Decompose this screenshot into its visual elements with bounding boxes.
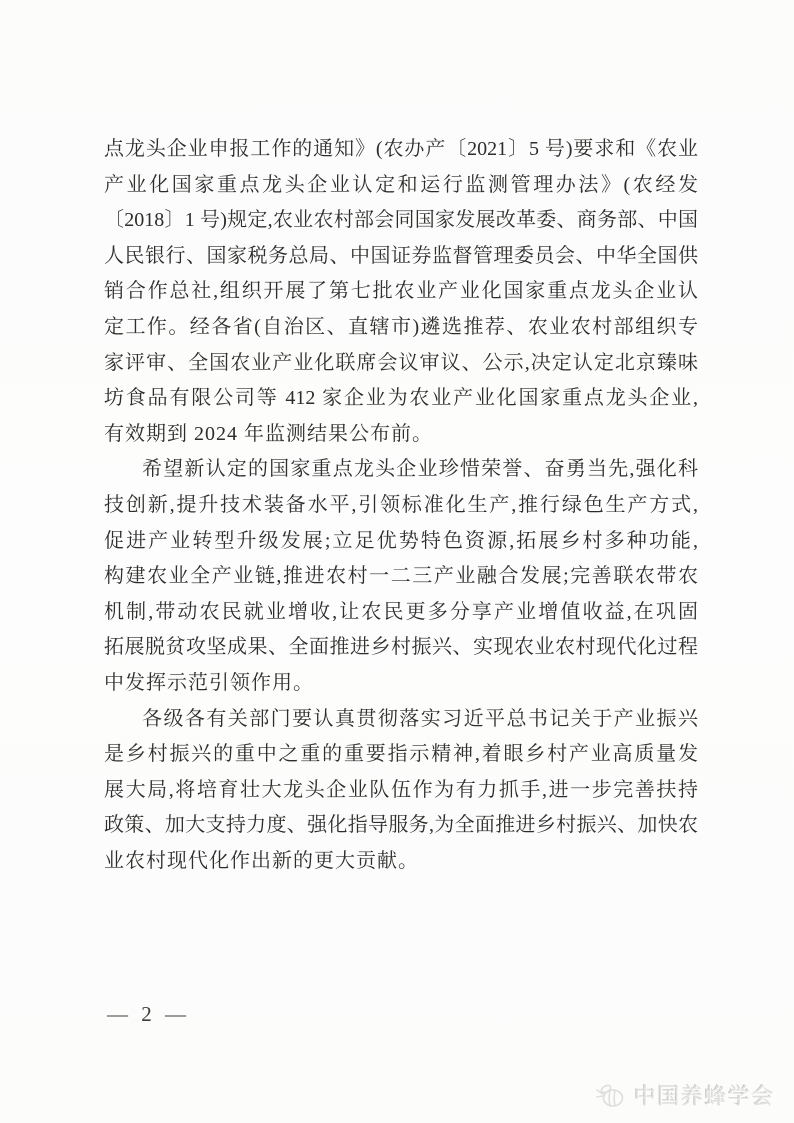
text-line: 定工作。经各省(自治区、直辖市)遴选推荐、农业农村部组织专 [104, 310, 698, 346]
watermark-label: 中国养蜂学会 [634, 1080, 775, 1111]
text-line: 点龙头企业申报工作的通知》(农办产〔2021〕5 号)要求和《农业 [104, 132, 698, 168]
page-number: — 2 — [107, 1002, 188, 1027]
bee-icon [594, 1082, 628, 1110]
text-line: 技创新,提升技术装备水平,引领标准化生产,推行绿色生产方式, [104, 488, 698, 524]
text-line: 展大局,将培育壮大龙头企业队伍作为有力抓手,进一步完善扶持 [104, 773, 698, 809]
text-line: 机制,带动农民就业增收,让农民更多分享产业增值收益,在巩固 [104, 595, 698, 631]
text-line: 有效期到 2024 年监测结果公布前。 [104, 417, 698, 453]
text-line: 希望新认定的国家重点龙头企业珍惜荣誉、奋勇当先,强化科 [104, 452, 698, 488]
text-line: 业农村现代化作出新的更大贡献。 [104, 844, 698, 880]
text-line: 是乡村振兴的重中之重的重要指示精神,着眼乡村产业高质量发 [104, 737, 698, 773]
watermark: 中国养蜂学会 [594, 1080, 775, 1111]
text-line: 政策、加大支持力度、强化指导服务,为全面推进乡村振兴、加快农 [104, 808, 698, 844]
text-line: 家评审、全国农业产业化联席会议审议、公示,决定认定北京臻味 [104, 346, 698, 382]
document-body: 点龙头企业申报工作的通知》(农办产〔2021〕5 号)要求和《农业 产业化国家重… [104, 132, 698, 879]
text-line: 人民银行、国家税务总局、中国证券监督管理委员会、中华全国供 [104, 239, 698, 275]
text-line: 中发挥示范引领作用。 [104, 666, 698, 702]
text-line: 坊食品有限公司等 412 家企业为农业产业化国家重点龙头企业, [104, 381, 698, 417]
scanned-document-page: 点龙头企业申报工作的通知》(农办产〔2021〕5 号)要求和《农业 产业化国家重… [0, 0, 794, 1123]
text-line: 构建农业全产业链,推进农村一二三产业融合发展;完善联农带农 [104, 559, 698, 595]
text-line: 促进产业转型升级发展;立足优势特色资源,拓展乡村多种功能, [104, 524, 698, 560]
paragraph: 希望新认定的国家重点龙头企业珍惜荣誉、奋勇当先,强化科 技创新,提升技术装备水平… [104, 452, 698, 701]
text-line: 〔2018〕1 号)规定,农业农村部会同国家发展改革委、商务部、中国 [104, 203, 698, 239]
paragraph: 各级各有关部门要认真贯彻落实习近平总书记关于产业振兴 是乡村振兴的重中之重的重要… [104, 702, 698, 880]
text-line: 拓展脱贫攻坚成果、全面推进乡村振兴、实现农业农村现代化过程 [104, 630, 698, 666]
text-line: 各级各有关部门要认真贯彻落实习近平总书记关于产业振兴 [104, 702, 698, 738]
text-line: 销合作总社,组织开展了第七批农业产业化国家重点龙头企业认 [104, 274, 698, 310]
text-line: 产业化国家重点龙头企业认定和运行监测管理办法》(农经发 [104, 168, 698, 204]
paragraph: 点龙头企业申报工作的通知》(农办产〔2021〕5 号)要求和《农业 产业化国家重… [104, 132, 698, 452]
